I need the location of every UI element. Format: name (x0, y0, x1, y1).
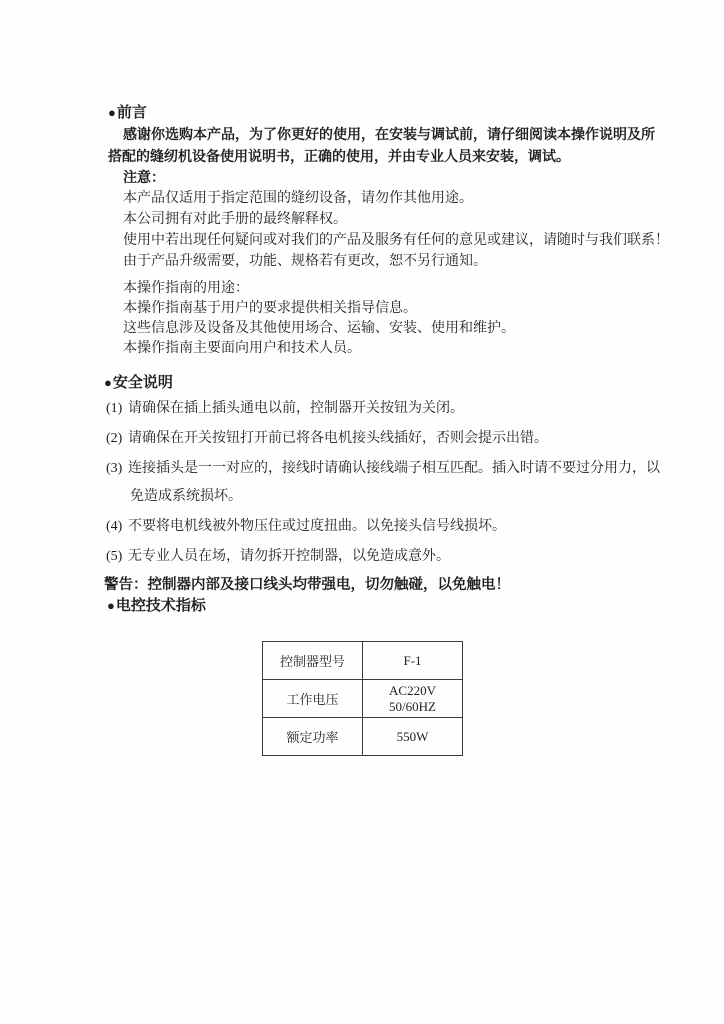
notice-line: 本公司拥有对此手册的最终解释权。 (108, 209, 620, 230)
safety-item-text: 连接插头是一一对应的，接线时请确认接线端子相互匹配。插入时请不要过分用力，以 (128, 461, 660, 476)
notice-line: 本产品仅适用于指定范围的缝纫设备，请勿作其他用途。 (108, 188, 620, 209)
spec-table-row: 控制器型号 F-1 (263, 642, 463, 680)
safety-item-number: (3) (104, 458, 128, 480)
preface-intro-line: 搭配的缝纫机设备使用说明书，正确的使用，并由专业人员来安装，调试。 (108, 145, 620, 167)
section-bullet-icon: ● (104, 375, 112, 390)
safety-heading-text: 安全说明 (113, 374, 173, 391)
notice-line: 由于产品升级需要，功能、规格若有更改，恕不另行通知。 (108, 251, 620, 272)
safety-item-number: (2) (104, 428, 128, 450)
preface-heading: ●前言 (108, 103, 620, 123)
safety-item-4: (4)不要将电机线被外物压住或过度扭曲。以免接头信号线损坏。 (104, 516, 628, 538)
warning-text: 警告：控制器内部及接口线头均带强电，切勿触碰，以免触电！ (104, 576, 628, 594)
notice-label: 注意： (108, 167, 620, 188)
manual-page: ●前言 感谢你选购本产品，为了你更好的使用，在安装与调试前，请仔细阅读本操作说明… (0, 0, 724, 1024)
safety-heading: ●安全说明 (104, 373, 628, 393)
safety-item-2: (2)请确保在开关按钮打开前已将各电机接头线插好，否则会提示出错。 (104, 428, 628, 450)
spec-label-voltage: 工作电压 (263, 680, 363, 718)
specs-heading-text: 电控技术指标 (116, 597, 206, 614)
spec-table-row: 工作电压 AC220V 50/60HZ (263, 680, 463, 718)
safety-item-text: 无专业人员在场，请勿拆开控制器，以免造成意外。 (128, 549, 450, 564)
spec-value-power: 550W (363, 718, 463, 756)
safety-item-text-continued: 免造成系统损坏。 (104, 486, 628, 508)
preface-intro-line: 感谢你选购本产品，为了你更好的使用，在安装与调试前，请仔细阅读本操作说明及所 (108, 123, 620, 145)
preface-heading-text: 前言 (117, 104, 147, 121)
spec-value-voltage: AC220V 50/60HZ (363, 680, 463, 718)
safety-item-3: (3)连接插头是一一对应的，接线时请确认接线端子相互匹配。插入时请不要过分用力，… (104, 458, 628, 508)
section-bullet-icon: ● (107, 598, 115, 613)
safety-item-number: (5) (104, 546, 128, 568)
safety-item-text: 请确保在插上插头通电以前，控制器开关按钮为关闭。 (128, 401, 464, 416)
guide-line: 本操作指南主要面向用户和技术人员。 (108, 339, 620, 359)
spec-label-power: 额定功率 (263, 718, 363, 756)
notice-line: 使用中若出现任何疑问或对我们的产品及服务有任何的意见或建议，请随时与我们联系！ (108, 230, 620, 251)
safety-item-text: 不要将电机线被外物压住或过度扭曲。以免接头信号线损坏。 (128, 519, 506, 534)
guide-block: 本操作指南的用途： 本操作指南基于用户的要求提供相关指导信息。 这些信息涉及设备… (108, 279, 620, 359)
safety-item-text: 请确保在开关按钮打开前已将各电机接头线插好，否则会提示出错。 (128, 431, 548, 446)
section-preface: ●前言 感谢你选购本产品，为了你更好的使用，在安装与调试前，请仔细阅读本操作说明… (108, 103, 620, 359)
spec-table-row: 额定功率 550W (263, 718, 463, 756)
safety-item-1: (1)请确保在插上插头通电以前，控制器开关按钮为关闭。 (104, 398, 628, 420)
spec-table: 控制器型号 F-1 工作电压 AC220V 50/60HZ 额定功率 550W (262, 641, 463, 756)
safety-item-5: (5)无专业人员在场，请勿拆开控制器，以免造成意外。 (104, 546, 628, 568)
safety-items: (1)请确保在插上插头通电以前，控制器开关按钮为关闭。 (2)请确保在开关按钮打… (104, 398, 628, 568)
guide-line: 本操作指南基于用户的要求提供相关指导信息。 (108, 299, 620, 319)
spec-value-model: F-1 (363, 642, 463, 680)
spec-value-voltage-line: AC220V (365, 683, 460, 699)
spec-label-model: 控制器型号 (263, 642, 363, 680)
specs-heading: ●电控技术指标 (107, 596, 206, 616)
notice-block: 注意： 本产品仅适用于指定范围的缝纫设备，请勿作其他用途。 本公司拥有对此手册的… (108, 167, 620, 272)
section-bullet-icon: ● (108, 105, 116, 120)
safety-item-number: (4) (104, 516, 128, 538)
guide-line: 这些信息涉及设备及其他使用场合、运输、安装、使用和维护。 (108, 319, 620, 339)
guide-line: 本操作指南的用途： (108, 279, 620, 299)
section-safety: ●安全说明 (1)请确保在插上插头通电以前，控制器开关按钮为关闭。 (2)请确保… (104, 373, 628, 594)
safety-item-number: (1) (104, 398, 128, 420)
spec-value-voltage-line: 50/60HZ (365, 699, 460, 715)
